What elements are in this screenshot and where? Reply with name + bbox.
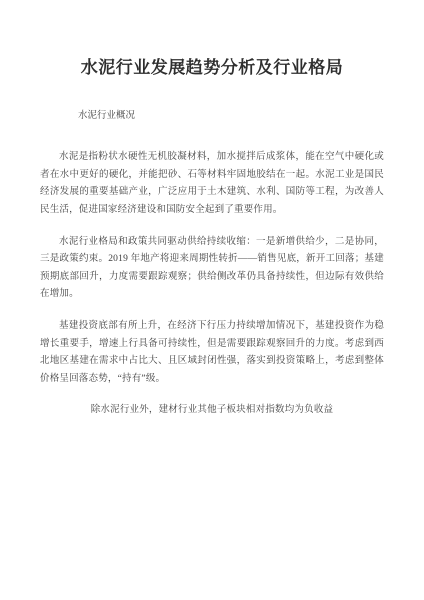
document-title: 水泥行业发展趋势分析及行业格局 — [40, 57, 384, 79]
paragraph-cement-overview: 水泥是指粉状水硬性无机胶凝材料，加水搅拌后成浆体，能在空气中硬化或者在水中更好的… — [40, 149, 384, 219]
closing-line: 除水泥行业外，建材行业其他子板块相对指数均为负收益 — [40, 403, 384, 417]
section-heading: 水泥行业概况 — [78, 110, 384, 122]
paragraph-infrastructure-investment: 基建投资底部有所上升，在经济下行压力持续增加情况下，基建投资作为稳增长重要手，增… — [40, 318, 384, 388]
document-page: 水泥行业发展趋势分析及行业格局 水泥行业概况 水泥是指粉状水硬性无机胶凝材料，加… — [0, 0, 424, 600]
document-body: 水泥是指粉状水硬性无机胶凝材料，加水搅拌后成浆体，能在空气中硬化或者在水中更好的… — [40, 149, 384, 388]
paragraph-supply-policy: 水泥行业格局和政策共同驱动供给持续收缩：一是新增供给少，二是协同，三是政策约束。… — [40, 234, 384, 304]
